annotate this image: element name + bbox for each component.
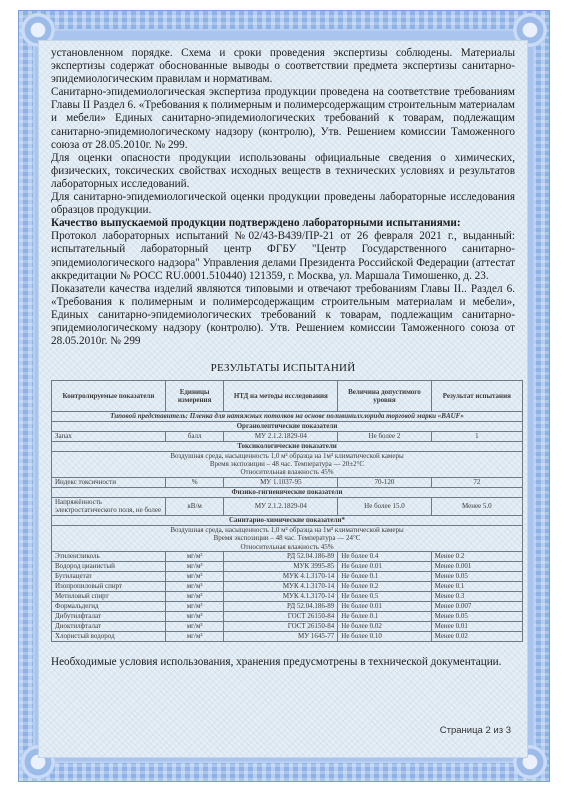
cell-method: МУК 4.1.3170-14: [224, 571, 338, 581]
cell-units: мг/м³: [165, 611, 223, 621]
header-units: Единицы измерения: [165, 381, 223, 412]
table-row: Диоктилфталатмг/м³ГОСТ 26150-84Не более …: [52, 621, 523, 631]
cell-method: МУК 3995-85: [224, 561, 338, 571]
cell-permissible-level: Не более 0.2: [338, 581, 431, 591]
table-row: Индекс токсичности%МУ 1.1037-9570-12072: [52, 477, 523, 487]
cell-permissible-level: Не более 0.5: [338, 591, 431, 601]
cell-result: Менее 0.05: [431, 571, 522, 581]
cell-permissible-level: Не более 0.1: [338, 571, 431, 581]
cell-method: РД 52.04.186-89: [224, 601, 338, 611]
cell-method: РД 52.04.186-89: [224, 551, 338, 561]
table-row: Напряжённость электростатического поля, …: [52, 497, 523, 515]
test-conditions: Время экспозиции – 48 час. Температура —…: [52, 534, 523, 542]
cell-indicator: Водород цианистый: [52, 561, 166, 571]
quality-heading: Качество выпускаемой продукции подтвержд…: [51, 217, 515, 230]
cell-units: мг/м³: [165, 551, 223, 561]
table-row: Дибутилфталатмг/м³ГОСТ 26150-84Не более …: [52, 611, 523, 621]
cell-units: балл: [165, 431, 223, 441]
cell-method: МУ 1645-77: [224, 631, 338, 641]
results-table: Контролируемые показатели Единицы измере…: [51, 380, 523, 642]
cell-permissible-level: Не более 0.4: [338, 551, 431, 561]
cell-method: МУК 4.1.3170-14: [224, 591, 338, 601]
cell-method: МУ 2.1.2.1829-04: [224, 497, 338, 515]
cell-units: мг/м³: [165, 581, 223, 591]
cell-permissible-level: Не более 0.01: [338, 601, 431, 611]
cell-indicator: Формальдегид: [52, 601, 166, 611]
cell-indicator: Этиленгликоль: [52, 551, 166, 561]
header-methods: НТД на методы исследования: [224, 381, 338, 412]
test-conditions: Относительная влажность 45%: [52, 468, 523, 477]
cell-result: 72: [431, 477, 522, 487]
header-indicator: Контролируемые показатели: [52, 381, 166, 412]
cell-units: %: [165, 477, 223, 487]
test-conditions: Относительная влажность 45%: [52, 543, 523, 552]
table-row: Этиленгликольмг/м³РД 52.04.186-89Не боле…: [52, 551, 523, 561]
table-row: Водород цианистыймг/м³МУК 3995-85Не боле…: [52, 561, 523, 571]
cell-units: мг/м³: [165, 591, 223, 601]
cell-units: мг/м³: [165, 601, 223, 611]
header-result: Результат испытания: [431, 381, 522, 412]
cell-permissible-level: Не более 0.1: [338, 611, 431, 621]
table-row: ЗапахбаллМУ 2.1.2.1829-04Не более 21: [52, 431, 523, 441]
group-toxicological: Токсикологические показатели: [52, 441, 523, 451]
cell-result: Менее 0.001: [431, 561, 522, 571]
cell-units: мг/м³: [165, 561, 223, 571]
group-physical: Физико-гигиенические показатели: [52, 487, 523, 497]
document-body: установленном порядке. Схема и сроки про…: [38, 40, 528, 758]
cell-result: Менее 5.0: [431, 497, 522, 515]
cell-result: Менее 0.02: [431, 631, 522, 641]
test-conditions: Воздушная среда, насыщенность 1,0 м² обр…: [52, 451, 523, 460]
cell-method: МУ 2.1.2.1829-04: [224, 431, 338, 441]
paragraph-storage-conditions: Необходимые условия использования, хране…: [51, 656, 515, 669]
representative-sample: Типовой представитель: Пленка для натяжн…: [52, 412, 523, 421]
paragraph-expertise-procedure: установленном порядке. Схема и сроки про…: [51, 47, 515, 86]
cell-permissible-level: Не более 15.0: [338, 497, 431, 515]
table-header-row: Контролируемые показатели Единицы измере…: [52, 381, 523, 412]
cell-units: мг/м³: [165, 631, 223, 641]
cell-result: Менее 0.05: [431, 611, 522, 621]
cell-units: мг/м³: [165, 571, 223, 581]
results-title: РЕЗУЛЬТАТЫ ИСПЫТАНИЙ: [51, 362, 515, 375]
table-row: Бутилацетатмг/м³МУК 4.1.3170-14Не более …: [52, 571, 523, 581]
paragraph-hazard-assessment: Для оценки опасности продукции использов…: [51, 152, 515, 191]
cell-indicator: Бутилацетат: [52, 571, 166, 581]
table-body: Типовой представитель: Пленка для натяжн…: [52, 412, 523, 642]
cell-indicator: Напряжённость электростатического поля, …: [52, 497, 166, 515]
cell-method: МУ 1.1037-95: [224, 477, 338, 487]
cell-method: ГОСТ 26150-84: [224, 611, 338, 621]
paragraph-lab-research: Для санитарно-эпидемиологической оценки …: [51, 191, 515, 217]
cell-indicator: Дибутилфталат: [52, 611, 166, 621]
cell-result: Менее 0.3: [431, 591, 522, 601]
test-conditions: Время экспозиции – 48 час. Температура —…: [52, 460, 523, 468]
header-permissible-level: Величина допустимого уровня: [338, 381, 431, 412]
cell-permissible-level: Не более 2: [338, 431, 431, 441]
cell-permissible-level: Не более 0.01: [338, 561, 431, 571]
group-organoleptic: Органолептические показатели: [52, 421, 523, 431]
cell-permissible-level: 70-120: [338, 477, 431, 487]
paragraph-expertise-requirements: Санитарно-эпидемиологическая экспертиза …: [51, 86, 515, 151]
table-row: Метиловый спиртмг/м³МУК 4.1.3170-14Не бо…: [52, 591, 523, 601]
cell-indicator: Изопропиловый спирт: [52, 581, 166, 591]
cell-method: МУК 4.1.3170-14: [224, 581, 338, 591]
cell-result: Менее 0.007: [431, 601, 522, 611]
cell-result: Менее 0.1: [431, 581, 522, 591]
cell-units: мг/м³: [165, 621, 223, 631]
paragraph-protocol: Протокол лабораторных испытаний №02/43-В…: [51, 230, 515, 282]
cell-method: ГОСТ 26150-84: [224, 621, 338, 631]
table-row: Хлористый водородмг/м³МУ 1645-77Не более…: [52, 631, 523, 641]
cell-result: Менее 0.01: [431, 621, 522, 631]
paragraph-compliance: Показатели качества изделий являются тип…: [51, 283, 515, 348]
test-conditions: Воздушная среда, насыщенность 1,0 м² обр…: [52, 525, 523, 534]
cell-indicator: Индекс токсичности: [52, 477, 166, 487]
cell-indicator: Метиловый спирт: [52, 591, 166, 601]
cell-indicator: Диоктилфталат: [52, 621, 166, 631]
cell-indicator: Запах: [52, 431, 166, 441]
page-number: Страница 2 из 3: [440, 724, 511, 737]
cell-units: кВ/м: [165, 497, 223, 515]
table-row: Формальдегидмг/м³РД 52.04.186-89Не более…: [52, 601, 523, 611]
cell-result: Менее 0.2: [431, 551, 522, 561]
cell-result: 1: [431, 431, 522, 441]
cell-permissible-level: Не более 0.10: [338, 631, 431, 641]
table-row: Изопропиловый спиртмг/м³МУК 4.1.3170-14Н…: [52, 581, 523, 591]
group-chemical: Санитарно-химические показатели*: [52, 515, 523, 525]
cell-indicator: Хлористый водород: [52, 631, 166, 641]
cell-permissible-level: Не более 0.02: [338, 621, 431, 631]
